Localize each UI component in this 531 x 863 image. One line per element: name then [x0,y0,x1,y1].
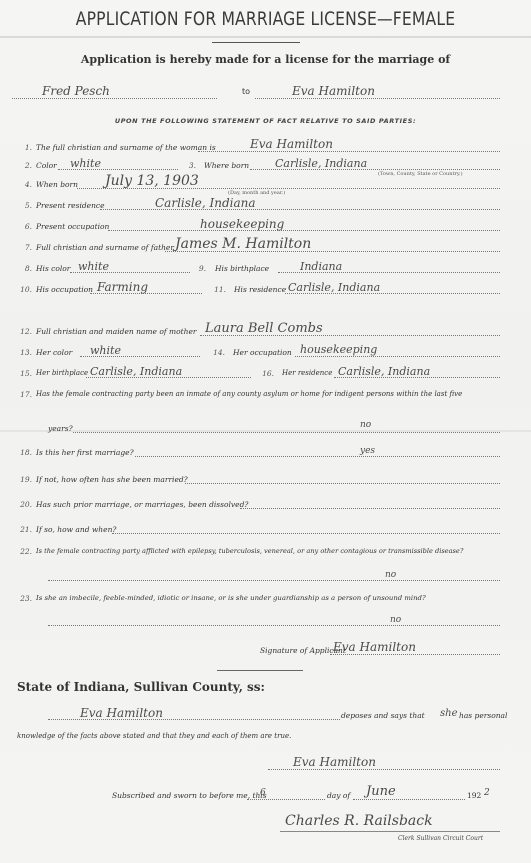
field-value: Laura Bell Combs [205,321,323,336]
deponent-signature-row: Eva Hamilton [0,755,531,773]
document-title: APPLICATION FOR MARRIAGE LICENSE—FEMALE [48,8,483,30]
sworn-day: 6 [260,788,266,798]
sworn-year-suffix: 2 [484,788,490,798]
field-value: no [360,420,371,430]
applicant-signature-row: Signature of Applicant Eva Hamilton [0,640,531,658]
sworn-row: Subscribed and sworn to before me, this … [0,787,531,805]
to-label: to [242,87,250,96]
deponent-signature: Eva Hamilton [293,755,376,769]
field-value: white [78,260,109,273]
field-row: 12. Full christian and maiden name of mo… [0,323,531,341]
state-heading: State of Indiana, Sullivan County, ss: [17,680,265,694]
field-value: white [70,157,101,170]
field-row: 21. If so, how and when? [0,521,531,539]
groom-name: Fred Pesch [42,84,110,98]
field-row: 15. Her birthplace Carlisle, Indiana 16.… [0,365,531,383]
field-row: 10. His occupation Farming 11. His resid… [0,281,531,299]
sworn-month: June [366,784,396,799]
field-value: Indiana [300,260,342,273]
field-value: white [90,344,121,357]
field-value: Carlisle, Indiana [338,365,430,378]
clerk-signature: Charles R. Railsback [285,813,433,829]
title-divider [212,42,300,43]
field-value: housekeeping [200,217,284,231]
parties-row: Fred Pesch to Eva Hamilton [12,84,500,102]
field-value: housekeeping [300,343,377,356]
section-divider [217,670,303,671]
knowledge-row: knowledge of the facts above stated and … [0,728,531,746]
field-row: 13. Her color white 14. Her occupation h… [0,344,531,362]
field-row: 19. If not, how often has she been marri… [0,471,531,489]
field-value: Carlisle, Indiana [90,365,182,378]
field-value: July 13, 1903 [105,173,199,189]
field-value: no [390,615,401,625]
field-value: Carlisle, Indiana [155,196,256,210]
field-row: 23. Is she an imbecile, feeble-minded, i… [0,590,531,608]
field-value: Eva Hamilton [250,137,333,151]
field-row: 4. When born July 13, 1903 (Day, month a… [0,176,531,194]
clerk-title: Clerk Sullivan Circuit Court [398,835,483,842]
field-row: 20. Has such prior marriage, or marriage… [0,496,531,514]
document-subtitle: Application is hereby made for a license… [0,53,531,66]
bride-name: Eva Hamilton [292,84,375,98]
deponent-row: Eva Hamilton deposes and says that she h… [0,706,531,724]
field-value: Carlisle, Indiana [275,157,367,170]
field-row: 8. His color white 9. His birthplace Ind… [0,260,531,278]
statement-heading: UPON THE FOLLOWING STATEMENT OF FACT REL… [0,117,531,125]
field-row: 1. The full christian and surname of the… [0,139,531,157]
field-value: Carlisle, Indiana [288,281,380,294]
field-value: no [385,570,396,580]
paper-fold [0,36,531,38]
field-row: 2. Color white 3. Where born Carlisle, I… [0,157,531,175]
applicant-signature: Eva Hamilton [333,640,416,654]
marriage-license-page: APPLICATION FOR MARRIAGE LICENSE—FEMALE … [0,0,531,863]
field-row: 17. Has the female contracting party bee… [0,386,531,404]
field-row: 7. Full christian and surname of father … [0,239,531,257]
field-row: 6. Present occupation housekeeping [0,218,531,236]
clerk-signature-row: Charles R. Railsback [0,815,531,833]
deponent-name: Eva Hamilton [80,706,163,720]
field-row: no [0,568,531,586]
field-value: James M. Hamilton [175,236,311,252]
field-row: 5. Present residence Carlisle, Indiana [0,197,531,215]
field-value: yes [360,446,375,456]
field-row: 18. Is this her first marriage? yes [0,444,531,462]
deponent-pronoun: she [440,708,458,719]
field-row: 22. Is the female contracting party affl… [0,543,531,561]
field-row: no [0,613,531,631]
field-value: Farming [97,280,148,294]
field-row: years? no [0,420,531,438]
